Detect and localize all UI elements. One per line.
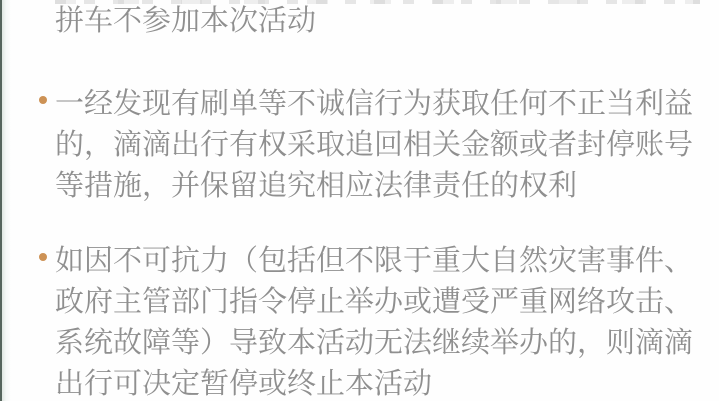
text-line: 拼车不参加本次活动 [55, 1, 699, 42]
text-line: 的，滴滴出行有权采取追回相关金额或者封停账号 [55, 125, 699, 166]
text-line: 系统故障等）导致本活动无法继续举办的，则滴滴 [55, 323, 699, 364]
rule-bullet-item: 一经发现有刷单等不诚信行为获取任何不正当利益 的，滴滴出行有权采取追回相关金额或… [55, 84, 699, 207]
rule-paragraph-continuation: 拼车不参加本次活动 [55, 1, 699, 42]
bullet-dot-icon [39, 96, 47, 104]
text-line: 等措施，并保留追究相应法律责任的权利 [55, 166, 699, 207]
rule-bullet-item: 如因不可抗力（包括但不限于重大自然灾害事件、 政府主管部门指令停止举办或遭受严重… [55, 241, 699, 401]
text-line: 一经发现有刷单等不诚信行为获取任何不正当利益 [55, 84, 699, 125]
rules-text-block: 拼车不参加本次活动 一经发现有刷单等不诚信行为获取任何不正当利益 的，滴滴出行有… [0, 0, 719, 401]
screenshot-left-edge-line [0, 0, 2, 401]
text-line: 出行可决定暂停或终止本活动 [55, 364, 699, 401]
bullet-dot-icon [39, 253, 47, 261]
text-line: 如因不可抗力（包括但不限于重大自然灾害事件、 [55, 241, 699, 282]
text-line: 政府主管部门指令停止举办或遭受严重网络攻击、 [55, 282, 699, 323]
screenshot-left-edge-tint [2, 0, 11, 401]
